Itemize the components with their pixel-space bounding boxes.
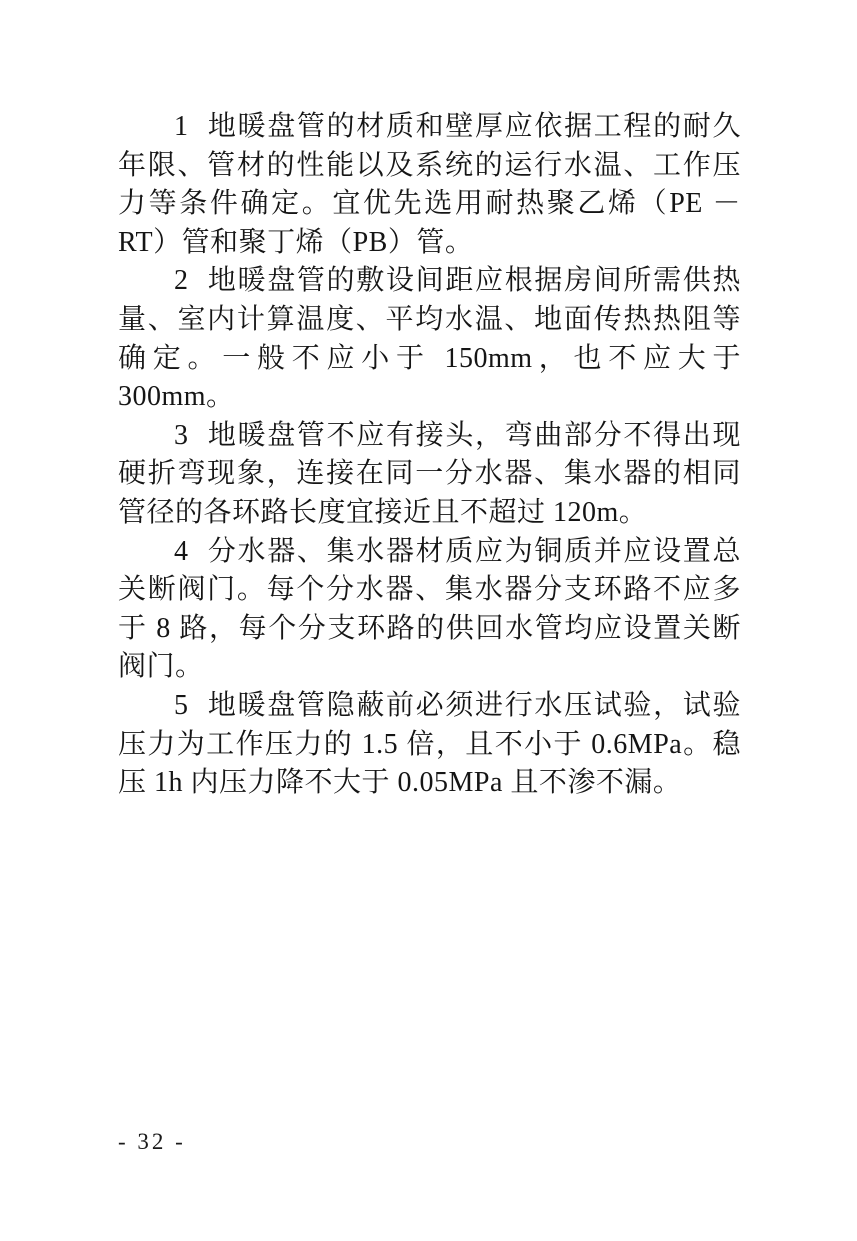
clause-text: 地暖盘管的敷设间距应根据房间所需供热量、室内计算温度、平均水温、地面传热热阻等确… (118, 265, 741, 412)
clause-number: 3 (174, 420, 189, 451)
clause-number: 2 (174, 265, 189, 296)
clause-text: 地暖盘管不应有接头，弯曲部分不得出现硬折弯现象，连接在同一分水器、集水器的相同管… (118, 420, 741, 528)
clause-text: 地暖盘管隐蔽前必须进行水压试验，试验压力为工作压力的 1.5 倍，且不小于 0.… (118, 690, 741, 798)
page-footer: - 32 - (118, 1129, 186, 1155)
clause-number: 4 (174, 536, 189, 567)
clause-paragraph: 3地暖盘管不应有接头，弯曲部分不得出现硬折弯现象，连接在同一分水器、集水器的相同… (118, 417, 741, 533)
clause-text: 地暖盘管的材质和壁厚应依据工程的耐久年限、管材的性能以及系统的运行水温、工作压力… (118, 111, 741, 258)
clause-paragraph: 4分水器、集水器材质应为铜质并应设置总关断阀门。每个分水器、集水器分支环路不应多… (118, 533, 741, 687)
clause-paragraph: 2地暖盘管的敷设间距应根据房间所需供热量、室内计算温度、平均水温、地面传热热阻等… (118, 262, 741, 416)
document-page: 1地暖盘管的材质和壁厚应依据工程的耐久年限、管材的性能以及系统的运行水温、工作压… (0, 0, 857, 1241)
clause-paragraph: 5地暖盘管隐蔽前必须进行水压试验，试验压力为工作压力的 1.5 倍，且不小于 0… (118, 687, 741, 803)
document-body: 1地暖盘管的材质和壁厚应依据工程的耐久年限、管材的性能以及系统的运行水温、工作压… (118, 108, 741, 803)
clause-number: 5 (174, 690, 189, 721)
page-number: - 32 - (118, 1129, 186, 1154)
clause-number: 1 (174, 111, 189, 142)
clause-paragraph: 1地暖盘管的材质和壁厚应依据工程的耐久年限、管材的性能以及系统的运行水温、工作压… (118, 108, 741, 262)
clause-text: 分水器、集水器材质应为铜质并应设置总关断阀门。每个分水器、集水器分支环路不应多于… (118, 536, 741, 683)
